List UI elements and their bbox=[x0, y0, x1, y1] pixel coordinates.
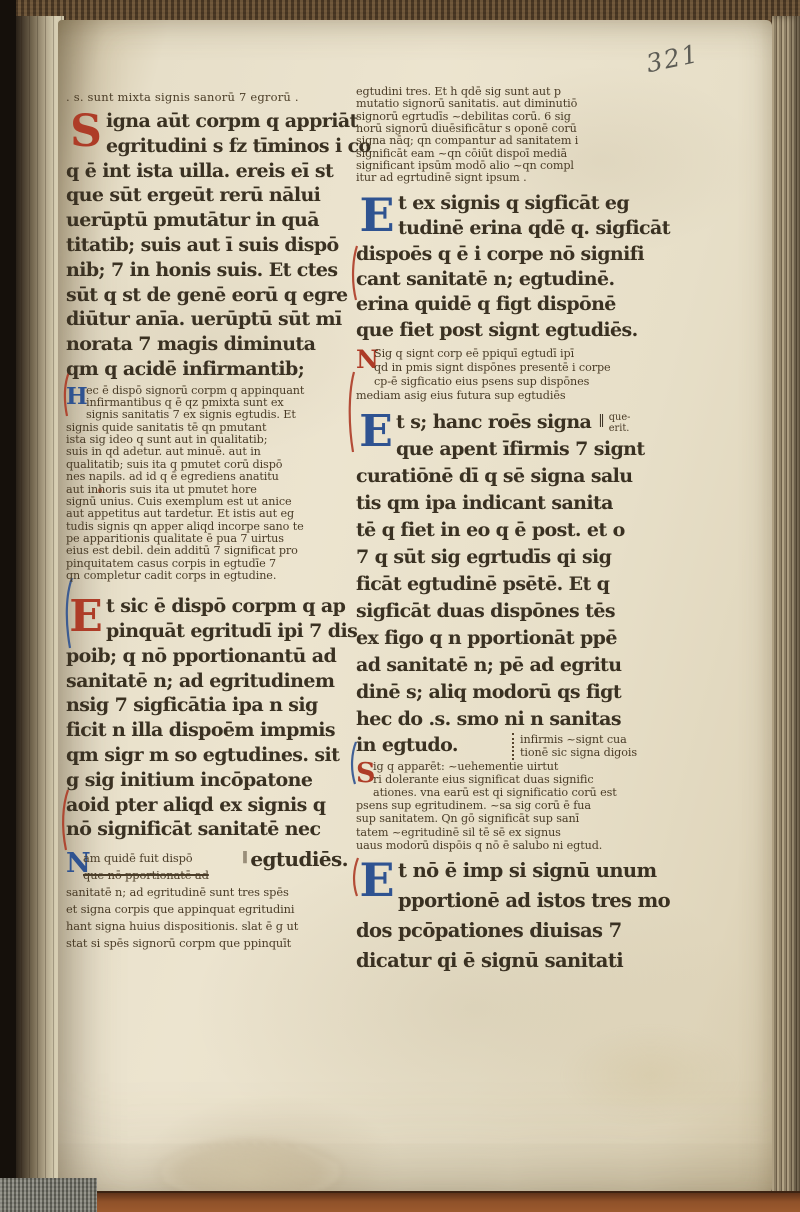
right-main-block-3: E t nō ē imp si signū unumpportionē ad i… bbox=[356, 856, 716, 976]
manuscript-line: cant sanitatē n; egtudinē. bbox=[356, 267, 716, 292]
manuscript-line: t sic ē dispō corpm q ap bbox=[66, 594, 362, 619]
manuscript-line: erina quidē q figt dispōnē bbox=[356, 292, 716, 317]
fore-edge-page-stack bbox=[772, 16, 800, 1198]
inserted-catchword: ‖egtudiēs. bbox=[242, 847, 348, 871]
book-cover-leather-edge bbox=[0, 1191, 800, 1212]
initial-letter-E: E bbox=[356, 191, 398, 241]
gloss-lines: ri dolerante eius significat duas signif… bbox=[356, 773, 716, 852]
initial-letter-E: E bbox=[356, 409, 396, 457]
manuscript-line: nsig 7 sigficātia ipa n sig bbox=[66, 693, 362, 718]
gloss-line: Sig q signt corp eē ppiquī egtudī ipī bbox=[356, 347, 716, 361]
manuscript-line: t nō ē imp si signū unum bbox=[356, 856, 716, 886]
manuscript-line: titatib; suis aut ī suis dispō bbox=[66, 233, 362, 258]
gloss-line: eius est debil. dein additū 7 significat… bbox=[66, 545, 362, 557]
manuscript-line: nib; 7 in honis suis. Et ctes bbox=[66, 258, 362, 283]
manuscript-line: dispoēs q ē i corpe nō signifi bbox=[356, 242, 716, 267]
manuscript-line: t s; hanc roēs signa bbox=[396, 409, 591, 436]
initial-letter-E: E bbox=[356, 856, 398, 906]
manuscript-line: in egtudo. bbox=[356, 733, 512, 758]
gloss-lines: sanitatē n; ad egritudinē sunt tres spēs… bbox=[66, 884, 362, 952]
right-main-block-2: E t s; hanc roēs signa ‖ que- erit. que … bbox=[356, 409, 716, 733]
line-with-margin-note: t s; hanc roēs signa ‖ que- erit. bbox=[396, 409, 716, 436]
gloss-line: mutatio signorū sanitatis. aut diminutiō bbox=[356, 98, 716, 110]
gloss-line: mediam asig eius futura sup egtudiēs bbox=[356, 389, 716, 403]
gloss-line: am quidē fuit dispō bbox=[83, 850, 265, 867]
manuscript-line: ficāt egtudinē psētē. Et q bbox=[356, 571, 716, 598]
manuscript-line: sanitatē n; ad egritudinem bbox=[66, 669, 362, 694]
gloss-line: sup sanitatem. Qn gō significāt sup sanī bbox=[356, 812, 716, 825]
manuscript-line: igna aūt corpm q appriāt bbox=[66, 109, 362, 134]
left-gloss-block-1: H ec ē dispō signorū corpm q appinquanti… bbox=[66, 385, 362, 583]
gloss-line: et signa corpis que appinquat egritudini bbox=[66, 901, 362, 918]
manuscript-line: dinē s; aliq modorū qs figt bbox=[356, 679, 716, 706]
rubric-header-note: . s. sunt mixta signis sanorū 7 egrorū . bbox=[66, 90, 362, 105]
margin-note: ‖ que- erit. bbox=[598, 413, 630, 435]
parchment-folio: 321 . s. sunt mixta signis sanorū 7 egro… bbox=[58, 20, 772, 1196]
initial-letter-S: S bbox=[356, 760, 373, 787]
right-main-block-1: E t ex signis q sigficāt egtudinē erina … bbox=[356, 191, 716, 343]
cradle-cloth bbox=[0, 1178, 97, 1212]
manuscript-line: aoid pter aliqd ex signis q bbox=[66, 793, 362, 818]
gloss-line: signis sanitatis 7 ex signis egtudis. Et bbox=[66, 409, 362, 421]
manuscript-line: curatiōnē dī q sē signa salu bbox=[356, 463, 716, 490]
margin-note-text: que- erit. bbox=[609, 413, 631, 435]
manuscript-photo: 321 . s. sunt mixta signis sanorū 7 egro… bbox=[0, 0, 800, 1212]
manuscript-line: pinquāt egritudī ipi 7 dis bbox=[66, 619, 362, 644]
gloss-line: aut appetitus aut tardetur. Et istis aut… bbox=[66, 508, 362, 520]
manuscript-line: qm sigr m so egtudines. sit bbox=[66, 743, 362, 768]
manuscript-line: sigficāt duas dispōnes tēs bbox=[356, 598, 716, 625]
manuscript-line: tis qm ipa indicant sanita bbox=[356, 490, 716, 517]
right-gloss-bottom: in egtudo. infirmis ~signt cua tionē sic… bbox=[356, 733, 716, 852]
gloss-line: qd in pmis signt dispōnes presentē i cor… bbox=[356, 361, 716, 375]
manuscript-line: dos pcōpationes diuisas 7 bbox=[356, 916, 716, 946]
folio-number: 321 bbox=[644, 39, 703, 79]
manuscript-line: ad sanitatē n; pē ad egritu bbox=[356, 652, 716, 679]
initial-letter-N: N bbox=[356, 347, 374, 377]
initial-letter-H: H bbox=[66, 385, 86, 411]
gloss-line: signa nāq; qn compantur ad sanitatem i bbox=[356, 135, 716, 147]
manuscript-line: tē q fiet in eo q ē post. et o bbox=[356, 517, 716, 544]
gloss-line: qn completur cadit corps in egtudine. bbox=[66, 570, 362, 582]
manuscript-line: que apent īfirmis 7 signt bbox=[356, 436, 716, 463]
initial-letter-E: E bbox=[66, 594, 106, 642]
gloss-line: cp-ē sigficatio eius psens sup dispōnes bbox=[356, 375, 716, 389]
gloss-line: uaus modorū dispōis q nō ē salubo ni egt… bbox=[356, 839, 716, 852]
manuscript-line: norata 7 magis diminuta bbox=[66, 332, 362, 357]
manuscript-line: diūtur anīa. uerūptū sūt mī bbox=[66, 307, 362, 332]
gloss-line: ri dolerante eius significat duas signif… bbox=[356, 773, 716, 786]
left-gloss-block-2: ‖egtudiēs. N am quidē fuit dispō que nō … bbox=[66, 850, 362, 952]
gloss-line: psens sup egritudinem. ~sa sig corū ē fu… bbox=[356, 799, 716, 812]
gloss-line: tionē sic signa digois bbox=[520, 746, 637, 759]
right-gloss-mid: N Sig q signt corp eē ppiquī egtudī ipīq… bbox=[356, 347, 716, 403]
manuscript-line: uerūptū pmutātur in quā bbox=[66, 208, 362, 233]
manuscript-line: sūt q st de genē eorū q egre bbox=[66, 283, 362, 308]
manuscript-line: hec do .s. smo ni n sanitas bbox=[356, 706, 716, 733]
gloss-line: stat si spēs signorū corpm que ppinquīt bbox=[66, 935, 362, 952]
insertion-mark: ‖ bbox=[598, 413, 605, 428]
left-main-block-2: E t sic ē dispō corpm q appinquāt egritu… bbox=[66, 594, 362, 842]
right-text-column: egtudini tres. Et h qdē sig sunt aut pmu… bbox=[356, 86, 716, 976]
manuscript-line: tudinē erina qdē q. sigficāt bbox=[356, 216, 716, 241]
manuscript-line: qm q acidē infirmantib; bbox=[66, 357, 362, 382]
side-gloss: infirmis ~signt cua tionē sic signa digo… bbox=[512, 733, 637, 759]
gloss-line: tatem ~egritudinē sil tē sē ex signus bbox=[356, 826, 716, 839]
manuscript-line: que sūt ergeūt rerū nālui bbox=[66, 183, 362, 208]
initial-letter-N: N bbox=[66, 850, 83, 877]
gloss-line: ig q apparēt: ~uehementie uirtut bbox=[356, 760, 716, 773]
manuscript-line: egritudini s fz tīminos i co bbox=[66, 134, 362, 159]
insertion-mark: ‖ bbox=[242, 849, 247, 863]
binding-shadow bbox=[0, 0, 16, 1212]
manuscript-line: ex figo q n pportionāt ppē bbox=[356, 625, 716, 652]
gloss-line: infirmis ~signt cua bbox=[520, 733, 637, 746]
gloss-line: hant signa huius dispositionis. slat ē g… bbox=[66, 918, 362, 935]
large-lead: in egtudo. bbox=[356, 733, 512, 758]
manuscript-line: t ex signis q sigficāt eg bbox=[356, 191, 716, 216]
left-text-column: . s. sunt mixta signis sanorū 7 egrorū .… bbox=[66, 90, 362, 952]
manuscript-line: que fiet post signt egtudiēs. bbox=[356, 318, 716, 343]
manuscript-line: nō significāt sanitatē nec bbox=[66, 817, 362, 842]
catchword-text: egtudiēs. bbox=[250, 847, 348, 871]
gloss-line: itur ad egrtudinē signt ipsum . bbox=[356, 172, 716, 184]
gloss-line: nes napils. ad id q ē egrediens anatitu bbox=[66, 471, 362, 483]
gloss-line-struck: que nō pportionatē ad bbox=[83, 867, 265, 884]
gloss-line: sanitatē n; ad egritudinē sunt tres spēs bbox=[66, 884, 362, 901]
manuscript-line: g sig initium incōpatone bbox=[66, 768, 362, 793]
book-gutter-page-edges bbox=[14, 16, 64, 1198]
manuscript-line: poib; q nō pportionantū ad bbox=[66, 644, 362, 669]
gloss-line: ationes. vna earū est qi significatio co… bbox=[356, 786, 716, 799]
manuscript-line: q ē int ista uilla. ereis eī st bbox=[66, 159, 362, 184]
manuscript-line: dicatur qi ē signū sanitati bbox=[356, 946, 716, 976]
manuscript-line: pportionē ad istos tres mo bbox=[356, 886, 716, 916]
manuscript-line: 7 q sūt sig egrtudīs qi sig bbox=[356, 544, 716, 571]
gloss-line: aut inhoris suis ita ut pmutet hore bbox=[66, 484, 362, 496]
right-gloss-top: egtudini tres. Et h qdē sig sunt aut pmu… bbox=[356, 86, 716, 185]
initial-letter-S: S bbox=[66, 109, 106, 157]
gloss-bottom-header: in egtudo. infirmis ~signt cua tionē sic… bbox=[356, 733, 716, 759]
parchment-stain bbox=[563, 1028, 738, 1123]
gloss-line: suis in qd adetur. aut minuē. aut in bbox=[66, 446, 362, 458]
left-main-block-1: S igna aūt corpm q appriātegritudini s f… bbox=[66, 109, 362, 382]
margin-note-line: erit. bbox=[609, 424, 631, 435]
manuscript-lines: que apent īfirmis 7 signtcuratiōnē dī q … bbox=[356, 436, 716, 733]
manuscript-line: ficit n illa dispoēm impmis bbox=[66, 718, 362, 743]
